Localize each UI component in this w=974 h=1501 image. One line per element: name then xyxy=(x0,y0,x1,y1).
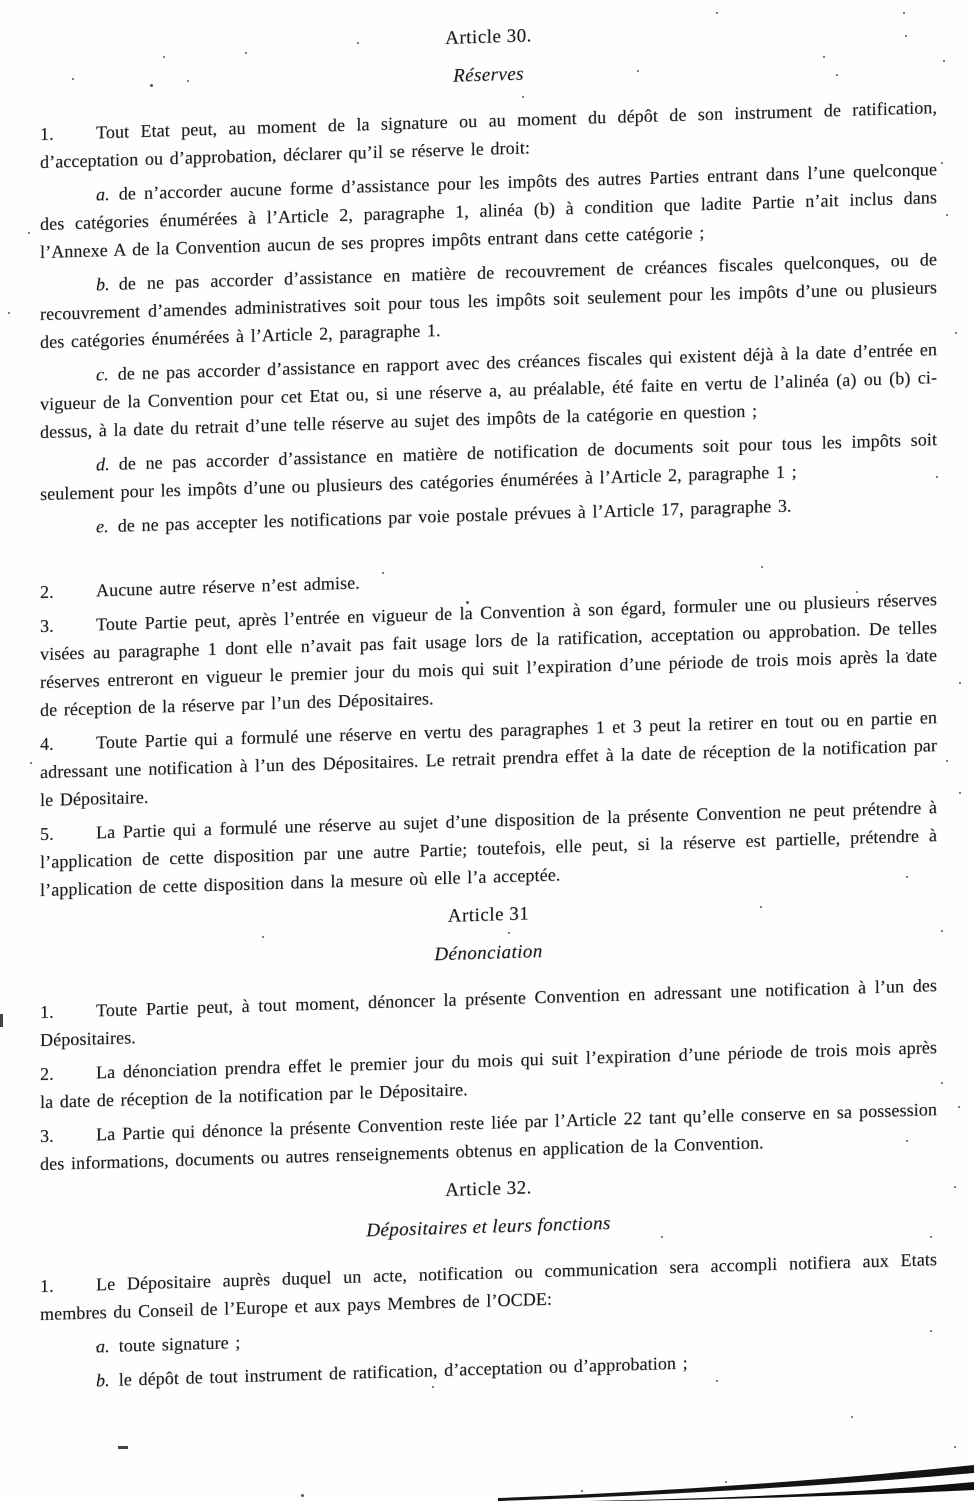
item-text: de ne pas accorder d’assistance en matiè… xyxy=(40,249,937,352)
scan-speckle xyxy=(946,760,948,762)
scan-speckle xyxy=(716,12,718,14)
article-31-subtitle: Dénonciation xyxy=(40,929,937,978)
scan-speckle xyxy=(906,876,908,878)
scan-speckle xyxy=(28,232,30,234)
scan-speckle xyxy=(72,78,74,80)
scan-streak-artifact xyxy=(498,1460,974,1501)
scan-speckle xyxy=(262,936,264,938)
item-letter: b. xyxy=(96,274,110,294)
item-letter: a. xyxy=(96,184,110,204)
scan-speckle xyxy=(930,1236,932,1238)
scan-speckle xyxy=(150,84,153,87)
scan-speckle xyxy=(903,12,905,14)
item-text: toute signature ; xyxy=(119,1332,241,1356)
scan-speckle xyxy=(930,1330,932,1332)
article-32-subtitle: Dépositaires et leurs fonctions xyxy=(40,1203,937,1252)
scan-speckle xyxy=(906,652,908,654)
article-32-section: Article 32. Dépositaires et leurs foncti… xyxy=(40,1165,937,1396)
paragraph-number: 1. xyxy=(40,996,96,1026)
paragraph-number: 3. xyxy=(40,1120,96,1150)
paragraph-number: 3. xyxy=(40,610,96,640)
scan-speckle xyxy=(760,906,762,908)
scan-speckle xyxy=(954,1186,956,1188)
scan-speckle xyxy=(163,56,165,58)
paragraph: 3.Toute Partie peut, après l’entrée en v… xyxy=(40,585,937,724)
paragraph-number: 1. xyxy=(40,1270,96,1300)
scan-speckle xyxy=(954,1446,956,1448)
scan-speckle xyxy=(941,930,943,932)
scan-speckle xyxy=(943,60,945,62)
item-letter: b. xyxy=(96,1370,110,1390)
scan-speckle xyxy=(851,1416,853,1418)
scan-speckle xyxy=(382,572,384,574)
paragraph-text: La Partie qui a formulé une réserve au s… xyxy=(40,797,937,900)
scan-speckle xyxy=(716,1380,718,1382)
scan-speckle xyxy=(836,74,838,76)
scan-speckle xyxy=(725,1481,727,1483)
scanned-text-block: Article 30. Réserves 1.Tout Etat peut, a… xyxy=(40,0,937,1402)
item-letter: d. xyxy=(96,454,110,474)
item-letter: c. xyxy=(96,364,109,384)
scan-speckle xyxy=(906,1140,908,1142)
scan-edge-mark xyxy=(0,1014,3,1027)
scan-speckle xyxy=(637,70,639,72)
scan-dash-mark xyxy=(118,1446,128,1449)
scan-speckle xyxy=(8,312,10,314)
scan-speckle xyxy=(187,80,189,82)
article-30-section: Article 30. Réserves 1.Tout Etat peut, a… xyxy=(40,13,937,904)
paragraph-number: 5. xyxy=(40,818,96,848)
scan-speckle xyxy=(941,1082,943,1084)
paragraph-text: Toute Partie qui a formulé une réserve e… xyxy=(40,707,937,810)
scan-speckle xyxy=(823,56,825,58)
item-letter: a. xyxy=(96,1336,110,1356)
scan-speckle xyxy=(959,682,961,684)
item-text: de n’accorder aucune forme d’assistance … xyxy=(40,159,937,262)
scan-speckle xyxy=(245,52,247,54)
paragraph-number: 4. xyxy=(40,728,96,758)
scan-speckle xyxy=(522,96,524,98)
scan-speckle xyxy=(508,932,510,934)
scan-speckle xyxy=(761,566,763,568)
item-text: de ne pas accorder d’assistance en rappo… xyxy=(40,339,937,442)
scan-speckle xyxy=(941,162,943,164)
scan-speckle xyxy=(936,476,938,478)
scan-speckle xyxy=(432,1386,434,1388)
paragraph-number: 1. xyxy=(40,118,96,148)
scan-speckle xyxy=(905,35,907,37)
scan-speckle xyxy=(30,762,32,764)
scan-speckle xyxy=(301,1494,304,1497)
document-page: Article 30. Réserves 1.Tout Etat peut, a… xyxy=(0,0,974,1501)
scan-speckle xyxy=(955,332,957,334)
item-text: le dépôt de tout instrument de ratificat… xyxy=(119,1353,688,1390)
scan-speckle xyxy=(96,1346,98,1348)
paragraph-number: 2. xyxy=(40,576,96,606)
article-30-subtitle: Réserves xyxy=(40,51,937,100)
scan-speckle xyxy=(112,1076,114,1078)
scan-speckle xyxy=(661,1236,663,1238)
item-letter: e. xyxy=(96,516,109,536)
paragraph-number: 2. xyxy=(40,1058,96,1088)
scan-speckle xyxy=(357,42,359,44)
scan-speckle xyxy=(581,1490,583,1492)
scan-speckle xyxy=(958,1106,960,1108)
scan-speckle xyxy=(466,601,469,604)
scan-speckle xyxy=(959,792,961,794)
paragraph-text: Toute Partie peut, après l’entrée en vig… xyxy=(40,589,937,720)
paragraph-text: Aucune autre réserve n’est admise. xyxy=(96,572,360,600)
scan-speckle xyxy=(856,591,858,593)
scan-speckle xyxy=(946,214,948,216)
article-31-section: Article 31 Dénonciation 1.Toute Partie p… xyxy=(40,891,937,1178)
